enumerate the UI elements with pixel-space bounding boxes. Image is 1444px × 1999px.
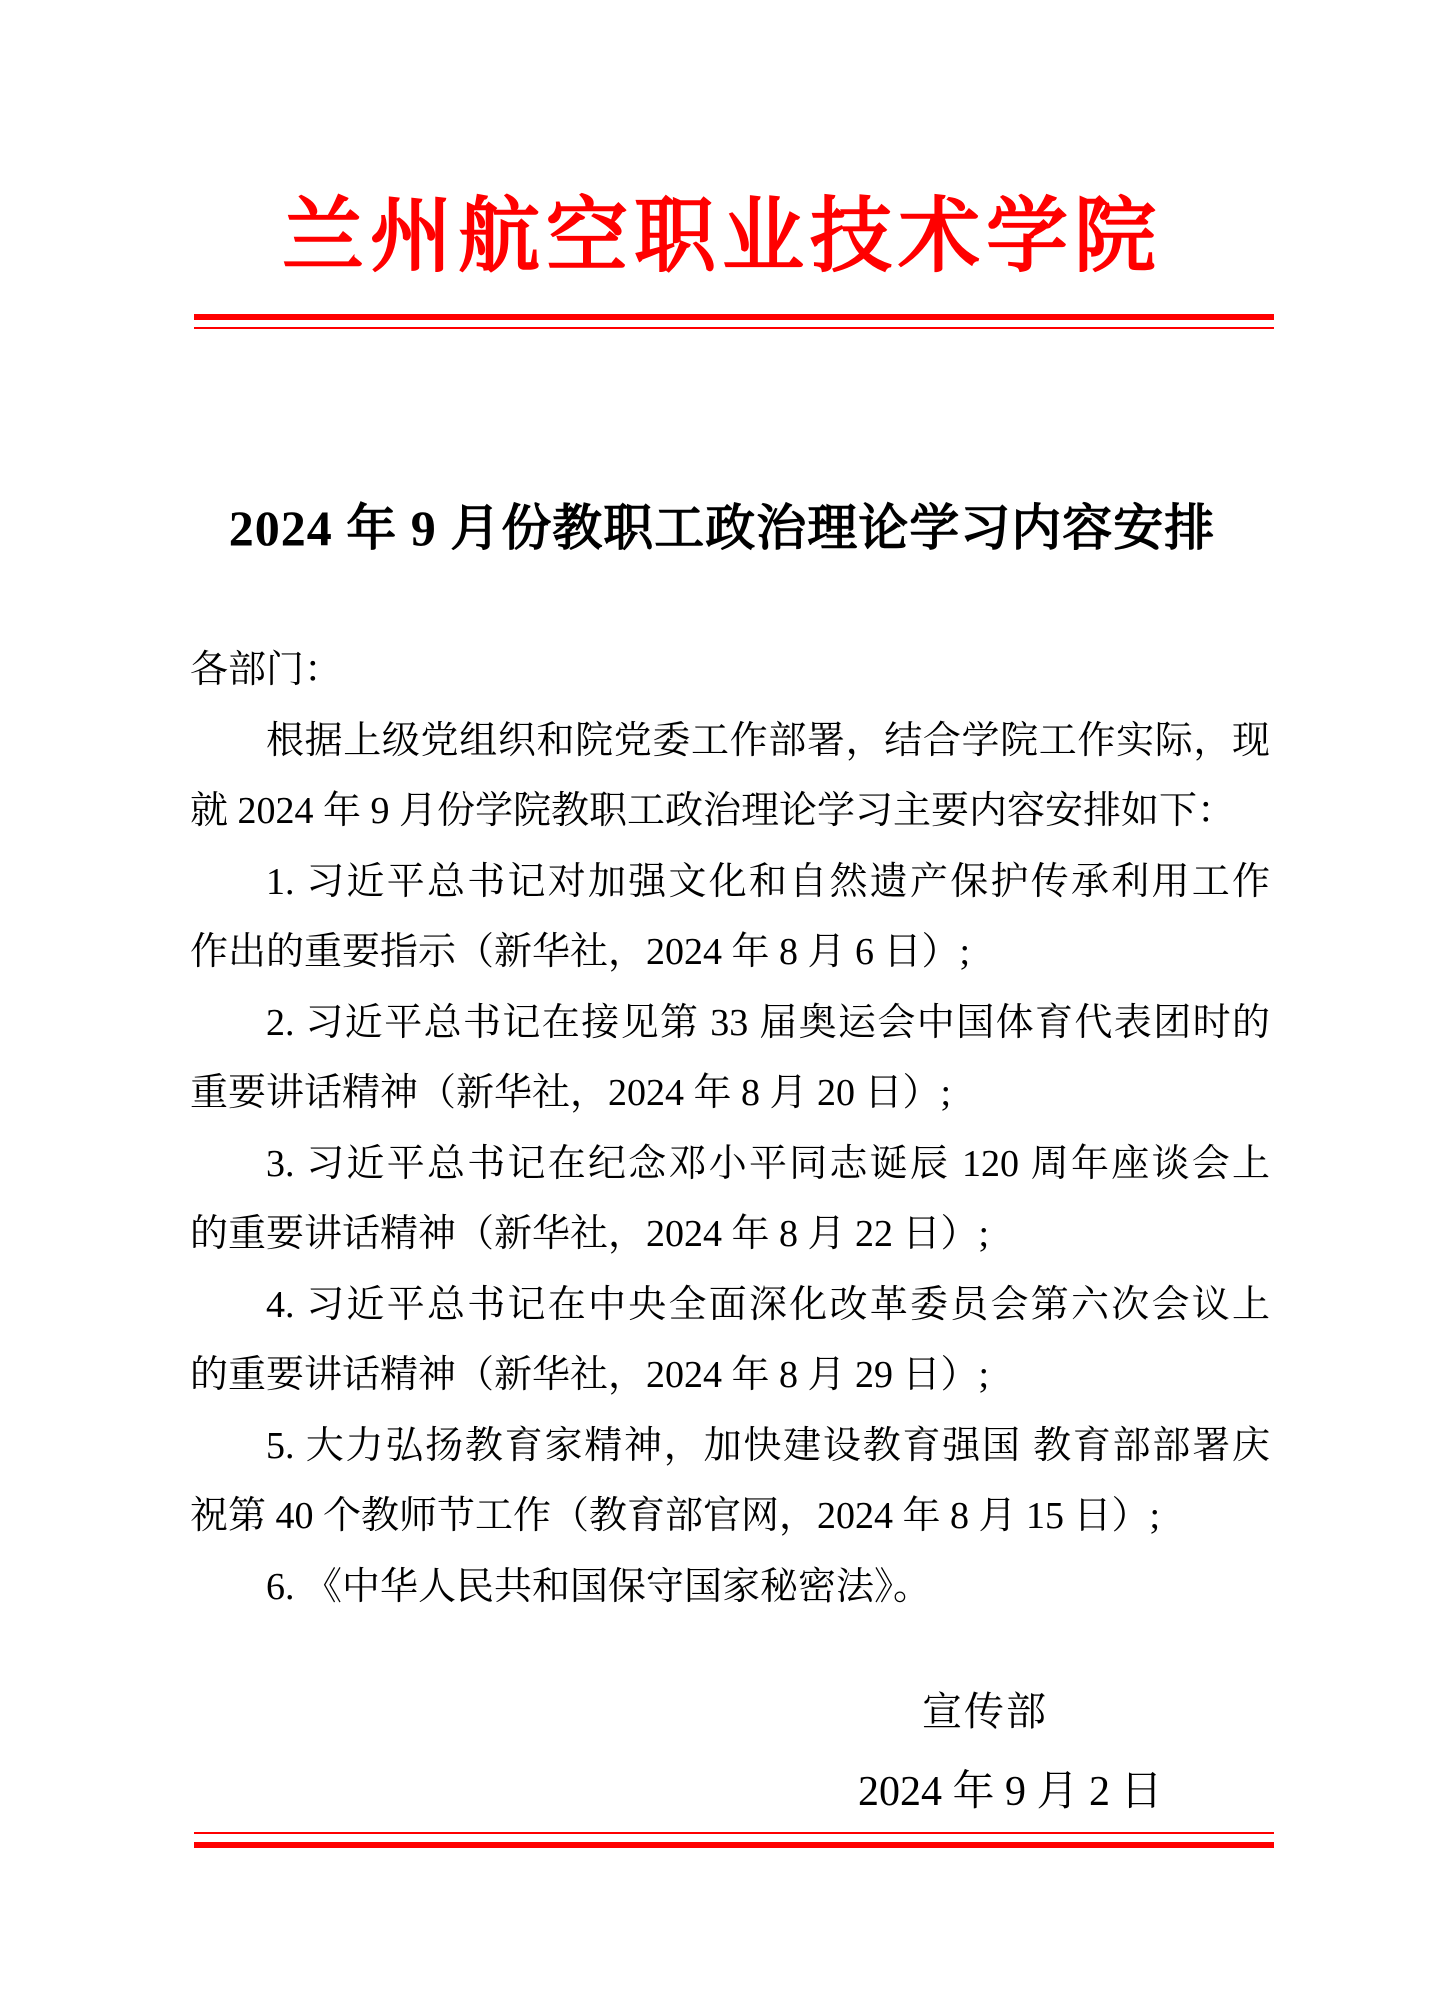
paragraph-list: 根据上级党组织和院党委工作部署，结合学院工作实际，现就 2024 年 9 月份学… bbox=[190, 706, 1270, 1623]
document-title: 2024 年 9 月份教职工政治理论学习内容安排 bbox=[0, 488, 1444, 560]
body-line: 作出的重要指示（新华社，2024 年 8 月 6 日）; bbox=[190, 917, 1270, 988]
signature-date: 2024 年 9 月 2 日 bbox=[858, 1758, 1163, 1818]
body-line: 的重要讲话精神（新华社，2024 年 8 月 22 日）; bbox=[190, 1199, 1270, 1270]
official-document-page: 兰州航空职业技术学院 2024 年 9 月份教职工政治理论学习内容安排 各部门：… bbox=[0, 0, 1444, 1999]
footer-divider-thin bbox=[194, 1832, 1274, 1834]
body-line: 5. 大力弘扬教育家精神，加快建设教育强国 教育部部署庆 bbox=[190, 1411, 1270, 1482]
salutation: 各部门： bbox=[190, 635, 1270, 706]
institution-name: 兰州航空职业技术学院 bbox=[0, 192, 1444, 282]
body-paragraph: 1. 习近平总书记对加强文化和自然遗产保护传承利用工作作出的重要指示（新华社，2… bbox=[190, 847, 1270, 988]
footer-divider-thick bbox=[194, 1842, 1274, 1848]
body-line: 1. 习近平总书记对加强文化和自然遗产保护传承利用工作 bbox=[190, 847, 1270, 918]
body-paragraph: 4. 习近平总书记在中央全面深化改革委员会第六次会议上的重要讲话精神（新华社，2… bbox=[190, 1270, 1270, 1411]
body-line: 的重要讲话精神（新华社，2024 年 8 月 29 日）; bbox=[190, 1340, 1270, 1411]
body-line: 3. 习近平总书记在纪念邓小平同志诞辰 120 周年座谈会上 bbox=[190, 1129, 1270, 1200]
body-line: 4. 习近平总书记在中央全面深化改革委员会第六次会议上 bbox=[190, 1270, 1270, 1341]
header-divider-thin bbox=[194, 327, 1274, 329]
body-paragraph: 2. 习近平总书记在接见第 33 届奥运会中国体育代表团时的重要讲话精神（新华社… bbox=[190, 988, 1270, 1129]
body-line: 就 2024 年 9 月份学院教职工政治理论学习主要内容安排如下： bbox=[190, 776, 1270, 847]
body-paragraph: 根据上级党组织和院党委工作部署，结合学院工作实际，现就 2024 年 9 月份学… bbox=[190, 706, 1270, 847]
body-line: 根据上级党组织和院党委工作部署，结合学院工作实际，现 bbox=[190, 706, 1270, 777]
body-paragraph: 6. 《中华人民共和国保守国家秘密法》。 bbox=[190, 1552, 1270, 1623]
body-line: 重要讲话精神（新华社，2024 年 8 月 20 日）; bbox=[190, 1058, 1270, 1129]
signature-department: 宣传部 bbox=[922, 1680, 1048, 1737]
body-line: 6. 《中华人民共和国保守国家秘密法》。 bbox=[190, 1552, 1270, 1623]
header-divider-thick bbox=[194, 314, 1274, 320]
body-line: 祝第 40 个教师节工作（教育部官网，2024 年 8 月 15 日）; bbox=[190, 1481, 1270, 1552]
body-paragraph: 5. 大力弘扬教育家精神，加快建设教育强国 教育部部署庆祝第 40 个教师节工作… bbox=[190, 1411, 1270, 1552]
document-body: 各部门： 根据上级党组织和院党委工作部署，结合学院工作实际，现就 2024 年 … bbox=[190, 635, 1270, 1622]
body-line: 2. 习近平总书记在接见第 33 届奥运会中国体育代表团时的 bbox=[190, 988, 1270, 1059]
body-paragraph: 3. 习近平总书记在纪念邓小平同志诞辰 120 周年座谈会上的重要讲话精神（新华… bbox=[190, 1129, 1270, 1270]
